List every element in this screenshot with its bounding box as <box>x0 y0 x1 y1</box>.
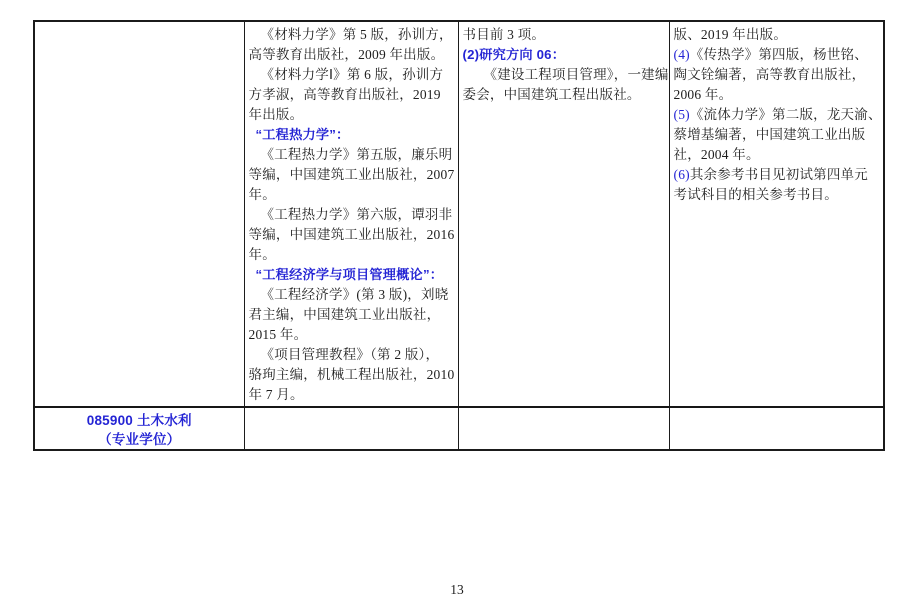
text-line: 年 7 月。 <box>249 385 454 405</box>
text-span: 085900 土木水利 <box>87 413 192 428</box>
highlighted-text: (4) <box>674 47 690 62</box>
text-span: 《工程热力学》第六版，谭羽非 <box>261 207 453 222</box>
text-line: 君主编，中国建筑工业出版社， <box>249 305 454 325</box>
text-line: “工程经济学与项目管理概论”： <box>249 265 454 285</box>
text-span: 方孝淑，高等教育出版社，2019 <box>249 87 441 102</box>
highlighted-text: “工程经济学与项目管理概论”： <box>256 267 444 282</box>
text-line: 高等教育出版社，2009 年出版。 <box>249 45 454 65</box>
text-span: 《建设工程项目管理》，一建编 <box>484 67 669 82</box>
text-span: 骆珣主编，机械工程出版社，2010 <box>249 367 455 382</box>
text-span: 《项目管理教程》（第 2 版）， <box>261 347 440 362</box>
text-line: 版、2019 年出版。 <box>674 25 880 45</box>
text-line: 等编，中国建筑工业出版社，2007 <box>249 165 454 185</box>
cell-retest-reference-books: 《材料力学》第 5 版，孙训方，高等教育出版社，2009 年出版。《材料力学Ⅰ》… <box>244 21 458 407</box>
highlighted-text: (5) <box>674 107 690 122</box>
text-span: 《工程热力学》第五版，廉乐明 <box>261 147 453 162</box>
text-line: （专业学位） <box>39 430 240 449</box>
text-line: “工程热力学”： <box>249 125 454 145</box>
text-span: 《流体力学》第二版，龙天渝、 <box>690 107 882 122</box>
table-row-books: 《材料力学》第 5 版，孙训方，高等教育出版社，2009 年出版。《材料力学Ⅰ》… <box>34 21 884 407</box>
text-span: 年。 <box>249 247 276 262</box>
highlighted-text: “工程热力学”： <box>256 127 350 142</box>
text-line: (4)《传热学》第四版，杨世铭、 <box>674 45 880 65</box>
cell-empty-2 <box>244 407 458 450</box>
text-span: 社，2004 年。 <box>674 147 760 162</box>
text-line: 年。 <box>249 245 454 265</box>
text-line: 蔡增基编著，中国建筑工业出版 <box>674 125 880 145</box>
text-line: 年出版。 <box>249 105 454 125</box>
text-span: 《材料力学》第 5 版，孙训方， <box>261 27 453 42</box>
text-span: 2015 年。 <box>249 327 308 342</box>
text-span: （专业学位） <box>98 432 180 447</box>
text-line: 等编，中国建筑工业出版社，2016 <box>249 225 454 245</box>
text-line: 《建设工程项目管理》，一建编 <box>463 65 665 85</box>
text-span: 《传热学》第四版，杨世铭、 <box>690 47 868 62</box>
text-line: 书目前 3 项。 <box>463 25 665 45</box>
text-line: (6)其余参考书目见初试第四单元 <box>674 165 880 185</box>
cell-empty-3 <box>458 407 669 450</box>
highlighted-text: (6) <box>674 167 690 182</box>
text-line: 2006 年。 <box>674 85 880 105</box>
table-row-program-085900: 085900 土木水利（专业学位） <box>34 407 884 450</box>
text-line: 社，2004 年。 <box>674 145 880 165</box>
text-line: 《工程热力学》第五版，廉乐明 <box>249 145 454 165</box>
text-line: 《工程经济学》(第 3 版)，刘晓 <box>249 285 454 305</box>
cell-research-direction-books: 书目前 3 项。(2)研究方向 06：《建设工程项目管理》，一建编委会，中国建筑… <box>458 21 669 407</box>
text-span: 《材料力学Ⅰ》第 6 版，孙训方 <box>261 67 444 82</box>
text-line: 085900 土木水利 <box>39 411 240 430</box>
text-line: 陶文铨编著，高等教育出版社， <box>674 65 880 85</box>
text-line: 考试科目的相关参考书目。 <box>674 185 880 205</box>
text-span: 2006 年。 <box>674 87 733 102</box>
text-span: 陶文铨编著，高等教育出版社， <box>674 67 866 82</box>
page-number: 13 <box>0 582 914 598</box>
text-line: 《材料力学》第 5 版，孙训方， <box>249 25 454 45</box>
text-span: 君主编，中国建筑工业出版社， <box>249 307 441 322</box>
text-line: (5)《流体力学》第二版，龙天渝、 <box>674 105 880 125</box>
text-span: 年。 <box>249 187 276 202</box>
text-line: (2)研究方向 06： <box>463 45 665 65</box>
text-span: 年出版。 <box>249 107 304 122</box>
text-line: 委会，中国建筑工程出版社。 <box>463 85 665 105</box>
reference-books-table: 《材料力学》第 5 版，孙训方，高等教育出版社，2009 年出版。《材料力学Ⅰ》… <box>33 20 885 451</box>
text-span: 高等教育出版社，2009 年出版。 <box>249 47 445 62</box>
text-span: 版、2019 年出版。 <box>674 27 788 42</box>
text-line: 骆珣主编，机械工程出版社，2010 <box>249 365 454 385</box>
cell-program-empty <box>34 21 244 407</box>
highlighted-text: (2)研究方向 06： <box>463 47 566 62</box>
text-span: 书目前 3 项。 <box>463 27 546 42</box>
text-line: 方孝淑，高等教育出版社，2019 <box>249 85 454 105</box>
text-span: 委会，中国建筑工程出版社。 <box>463 87 641 102</box>
text-line: 《材料力学Ⅰ》第 6 版，孙训方 <box>249 65 454 85</box>
text-span: 年 7 月。 <box>249 387 304 402</box>
document-page: 《材料力学》第 5 版，孙训方，高等教育出版社，2009 年出版。《材料力学Ⅰ》… <box>0 0 914 614</box>
text-span: 其余参考书目见初试第四单元 <box>690 167 868 182</box>
text-line: 《工程热力学》第六版，谭羽非 <box>249 205 454 225</box>
text-span: 等编，中国建筑工业出版社，2007 <box>249 167 455 182</box>
text-line: 年。 <box>249 185 454 205</box>
text-line: 2015 年。 <box>249 325 454 345</box>
text-span: 《工程经济学》(第 3 版)，刘晓 <box>261 287 449 302</box>
text-span: 等编，中国建筑工业出版社，2016 <box>249 227 455 242</box>
cell-program-code: 085900 土木水利（专业学位） <box>34 407 244 450</box>
text-line: 《项目管理教程》（第 2 版）， <box>249 345 454 365</box>
text-span: 蔡增基编著，中国建筑工业出版 <box>674 127 866 142</box>
cell-additional-reference-books: 版、2019 年出版。(4)《传热学》第四版，杨世铭、陶文铨编著，高等教育出版社… <box>669 21 884 407</box>
cell-empty-4 <box>669 407 884 450</box>
text-span: 考试科目的相关参考书目。 <box>674 187 838 202</box>
